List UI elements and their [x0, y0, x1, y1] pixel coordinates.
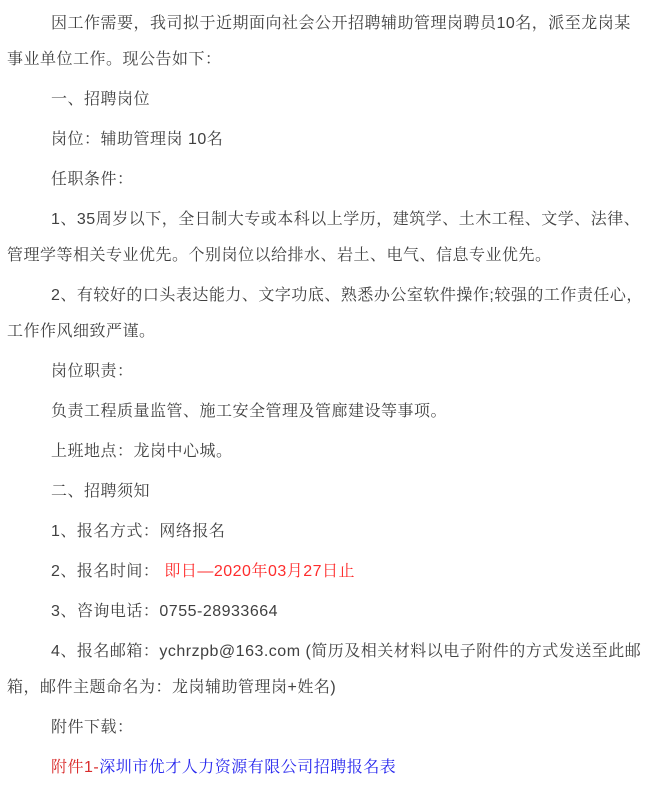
requirements-label: 任职条件：: [7, 162, 645, 198]
apply-time-value: 即日—2020年03月27日止: [164, 563, 355, 580]
attachments-label: 附件下载：: [7, 710, 645, 746]
attachment-line: 附件1-深圳市优才人力资源有限公司招聘报名表: [7, 750, 645, 786]
duties-line: 负责工程质量监管、施工安全管理及管廊建设等事项。: [7, 394, 645, 430]
attachment-download-link[interactable]: 深圳市优才人力资源有限公司招聘报名表: [99, 759, 396, 776]
section1-heading: 一、招聘岗位: [7, 82, 645, 118]
apply-time-label: 2、报名时间：: [51, 563, 159, 580]
attachment-number-prefix: 附件1-: [51, 759, 99, 776]
intro-paragraph: 因工作需要，我司拟于近期面向社会公开招聘辅助管理岗聘员10名，派至龙岗某事业单位…: [7, 6, 645, 78]
email-line: 4、报名邮箱：ychrzpb@163.com (简历及相关材料以电子附件的方式发…: [7, 634, 645, 706]
requirement-item-2: 2、有较好的口头表达能力、文字功底、熟悉办公室软件操作;较强的工作责任心，工作作…: [7, 278, 645, 350]
apply-time-line: 2、报名时间： 即日—2020年03月27日止: [7, 554, 645, 590]
work-location-line: 上班地点：龙岗中心城。: [7, 434, 645, 470]
apply-method-line: 1、报名方式：网络报名: [7, 514, 645, 550]
position-line: 岗位：辅助管理岗 10名: [7, 122, 645, 158]
duties-label: 岗位职责：: [7, 354, 645, 390]
phone-line: 3、咨询电话：0755-28933664: [7, 594, 645, 630]
section2-heading: 二、招聘须知: [7, 474, 645, 510]
requirement-item-1: 1、35周岁以下，全日制大专或本科以上学历，建筑学、土木工程、文学、法律、管理学…: [7, 202, 645, 274]
recruitment-announcement-page: 因工作需要，我司拟于近期面向社会公开招聘辅助管理岗聘员10名，派至龙岗某事业单位…: [0, 0, 652, 786]
